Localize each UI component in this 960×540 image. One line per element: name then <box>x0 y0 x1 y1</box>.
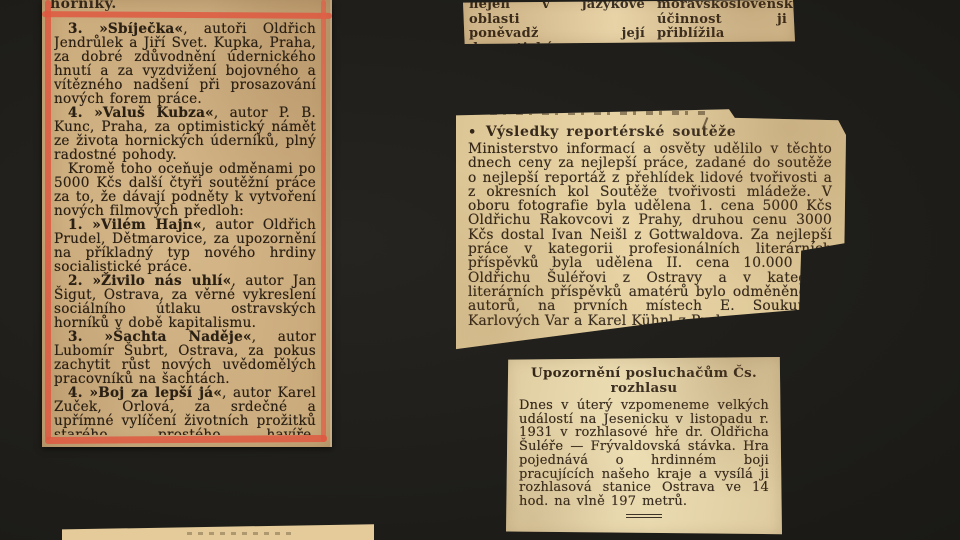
text-line: nejen v jazykové oblasti <box>469 0 645 27</box>
radio-body: Dnes v úterý vzpomeneme velkých událostí… <box>519 399 769 509</box>
red-crayon-topline <box>42 11 332 19</box>
contest-body: Ministerstvo informací a osvěty udělilo … <box>468 142 832 328</box>
cut-text-remnant <box>187 532 297 535</box>
text-line: účinnost ji přiblížila <box>657 13 787 42</box>
red-crayon-bottom-border <box>45 435 327 444</box>
clipping-competition: horníky. 3. »Sbíječka«, autoři Oldřich J… <box>42 0 332 447</box>
fragment-columns: nejen v jazykové oblastiponěvadž její dr… <box>469 0 795 44</box>
bullet-glyph: • <box>468 125 477 140</box>
clipping-fragment: nejen v jazykové oblastiponěvadž její dr… <box>463 0 795 44</box>
clipping-bottom-edge <box>62 523 374 540</box>
clipping-radio-notice: Upozornění posluchačům Čs. rozhlasu Dnes… <box>506 357 782 536</box>
paragraph: Kromě toho oceňuje odměnami po 5000 Kčs … <box>54 162 316 218</box>
cut-top-line: horníky. <box>50 0 332 11</box>
fragment-right-column: moravskoslovenské,účinnost ji přiblížila… <box>657 0 787 44</box>
paragraph: 3. »Šachta Naděje«, autor Lubomír Šubrt,… <box>54 330 316 386</box>
radio-headline-line2: rozhlasu <box>516 381 772 396</box>
text-line: poněvadž její dramatická <box>469 27 645 44</box>
fragment-left-column: nejen v jazykové oblastiponěvadž její dr… <box>469 0 645 44</box>
contest-headline-text: Výsledky reportérské soutěže <box>486 124 736 140</box>
radio-headline-line1: Upozornění posluchačům Čs. <box>516 366 772 381</box>
scrapbook-page: horníky. 3. »Sbíječka«, autoři Oldřich J… <box>0 0 960 540</box>
radio-headline: Upozornění posluchačům Čs. rozhlasu <box>516 366 772 396</box>
paragraph: 4. »Boj za lepší já«, autor Karel Zuček,… <box>54 386 316 435</box>
text-line: moravskoslovenské, <box>657 0 787 13</box>
red-crayon-right-border <box>321 0 326 442</box>
text-line: rm <box>657 42 787 44</box>
paragraph: 3. »Sbíječka«, autoři Oldřich Jendrůlek … <box>54 22 316 106</box>
paragraph: 2. »Živilo nás uhlí«, autor Jan Šigut, O… <box>54 274 316 330</box>
paragraph: 1. »Vilém Hajn«, autor Oldřich Prudel, D… <box>54 218 316 274</box>
contest-headline: •Výsledky reportérské soutěže <box>468 124 846 140</box>
clipping-reporter-contest: •Výsledky reportérské soutěže Ministerst… <box>456 108 846 354</box>
cut-text-remnant <box>464 111 706 115</box>
red-crayon-left-border <box>45 0 51 440</box>
competition-text: 3. »Sbíječka«, autoři Oldřich Jendrůlek … <box>54 22 316 435</box>
end-rule <box>626 514 662 518</box>
paragraph: 4. »Valuš Kubza«, autor P. B. Kunc, Prah… <box>54 106 316 162</box>
